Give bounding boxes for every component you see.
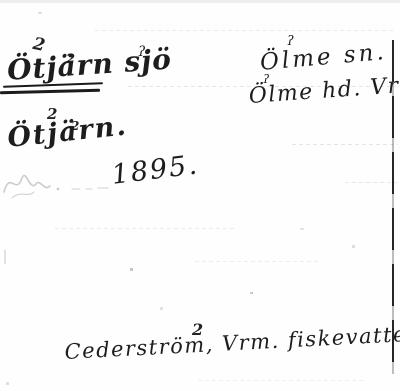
scan-speck	[4, 250, 6, 264]
scan-streak	[345, 182, 397, 183]
scan-edge-top	[0, 0, 400, 3]
name-form: Ötjärn.	[6, 110, 129, 153]
scan-streak	[55, 228, 235, 229]
archive-card: 2 2 ʔ Ötjärn sjö ʔ Ölme sn. ʔ Ölme hd. V…	[0, 0, 400, 391]
scan-speck	[160, 307, 163, 310]
scan-streak	[292, 144, 398, 145]
parish-line: Ölme sn.	[259, 39, 388, 76]
year-label: 1895.	[110, 149, 200, 190]
scan-speck	[250, 292, 253, 294]
erased-pencil-marks	[0, 162, 115, 204]
scan-streak	[195, 261, 320, 262]
scan-speck	[130, 268, 133, 271]
scan-streak	[198, 380, 363, 381]
scan-speck	[38, 12, 42, 14]
scan-streak	[95, 30, 395, 31]
scan-speck	[6, 382, 9, 385]
scan-speck	[300, 228, 304, 230]
scan-speck	[352, 245, 355, 248]
headword-underline	[0, 89, 100, 95]
source-reference: Cederström, Vrm. fiskevatten.	[64, 321, 400, 364]
district-line: Ölme hd. Vrm.	[248, 71, 400, 109]
